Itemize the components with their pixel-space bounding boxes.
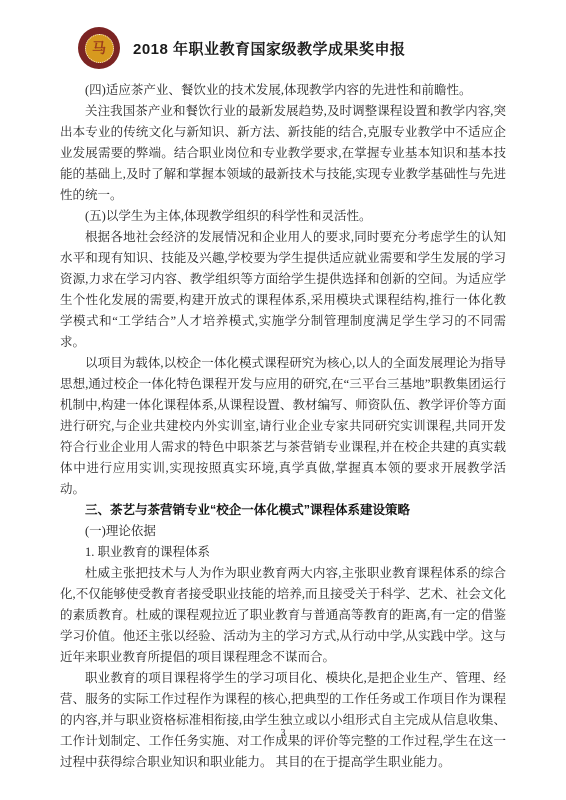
document-body: (四)适应茶产业、餐饮业的技术发展,体现教学内容的先进性和前瞻性。 关注我国茶产… [60, 80, 506, 773]
page-footer: 3 [0, 728, 566, 739]
school-seal-logo: 马 [78, 27, 120, 69]
paragraph: 职业教育的项目课程将学生的学习项目化、模块化,是把企业生产、管理、经营、服务的实… [60, 668, 506, 773]
paragraph: 根据各地社会经济的发展情况和企业用人的要求,同时要充分考虑学生的认知水平和现有知… [60, 227, 506, 353]
paragraph: 关注我国茶产业和餐饮行业的最新发展趋势,及时调整课程设置和教学内容,突出本专业的… [60, 101, 506, 206]
section-item-5: (五)以学生为主体,体现教学组织的科学性和灵活性。 [60, 206, 506, 227]
horse-glyph: 马 [92, 41, 106, 55]
seal-inner-disc: 马 [85, 34, 114, 63]
section-heading-3: 三、茶艺与茶营销专业“校企一体化模式”课程体系建设策略 [60, 500, 506, 521]
page-number: 3 [281, 728, 286, 739]
subsection-heading-1: (一)理论依据 [60, 521, 506, 542]
numbered-item-1: 1. 职业教育的课程体系 [60, 542, 506, 563]
paragraph: 以项目为载体,以校企一体化模式课程研究为核心,以人的全面发展理论为指导思想,通过… [60, 353, 506, 500]
page-title: 2018 年职业教育国家级教学成果奖申报 [133, 38, 406, 59]
paragraph: 杜威主张把技术与人为作为职业教育两大内容,主张职业教育课程体系的综合化,不仅能够… [60, 563, 506, 668]
page-header: 马 2018 年职业教育国家级教学成果奖申报 [78, 27, 406, 69]
document-page: 马 2018 年职业教育国家级教学成果奖申报 (四)适应茶产业、餐饮业的技术发展… [0, 0, 566, 800]
section-item-4: (四)适应茶产业、餐饮业的技术发展,体现教学内容的先进性和前瞻性。 [60, 80, 506, 101]
